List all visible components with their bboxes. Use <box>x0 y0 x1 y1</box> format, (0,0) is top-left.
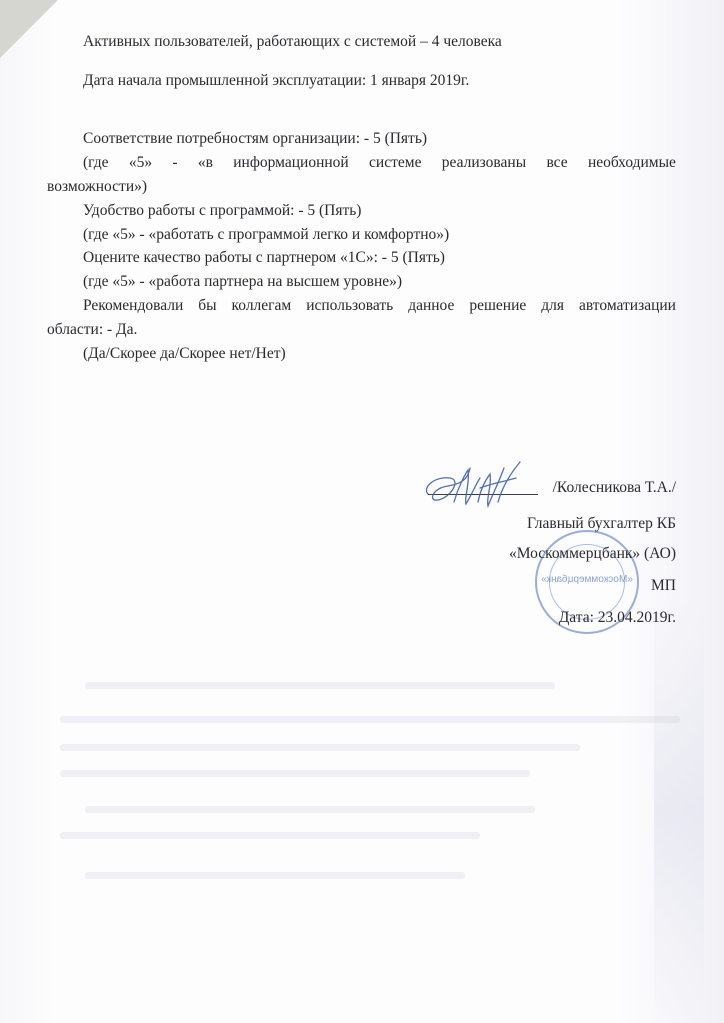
signatory-position: Главный бухгалтер КБ <box>527 515 676 533</box>
partner-quality-note-line: (где «5» - «работа партнера на высшем ур… <box>83 273 402 291</box>
show-through-text <box>85 682 555 689</box>
recommend-continuation: области: - Да. <box>47 321 137 339</box>
handwritten-signature-icon <box>420 458 530 513</box>
show-through-text <box>85 806 535 813</box>
document-date: Дата: 23.04.2019г. <box>559 609 676 627</box>
fit-needs-note-line: (где «5» - «в информационной системе реа… <box>83 154 676 172</box>
fit-needs-note-continuation: возможности») <box>47 178 147 196</box>
scan-shadow <box>654 600 704 1020</box>
usability-note-line: (где «5» - «работать с программой легко … <box>83 226 449 244</box>
recommend-options-line: (Да/Скорее да/Скорее нет/Нет) <box>83 345 286 363</box>
show-through-text <box>60 832 480 839</box>
show-through-text <box>60 770 530 777</box>
recommend-line: Рекомендовали бы коллегам использовать д… <box>83 297 676 315</box>
signatory-organization: «Москоммерцбанк» (АО) <box>509 545 676 563</box>
fit-needs-line: Соответствие потребностям организации: -… <box>83 130 427 148</box>
usability-line: Удобство работы с программой: - 5 (Пять) <box>83 202 361 220</box>
scan-corner-fold <box>0 0 58 58</box>
seal-mark-label: МП <box>651 577 676 595</box>
show-through-text <box>60 716 680 723</box>
active-users-line: Активных пользователей, работающих с сис… <box>83 33 502 51</box>
partner-quality-line: Оцените качество работы с партнером «1С»… <box>83 249 445 267</box>
start-date-line: Дата начала промышленной эксплуатации: 1… <box>83 72 469 90</box>
stamp-center-text: «Москоммерцбанк» <box>537 574 637 585</box>
show-through-text <box>60 744 580 751</box>
show-through-text <box>85 872 465 879</box>
signatory-name: /Колесникова Т.А./ <box>553 479 676 497</box>
